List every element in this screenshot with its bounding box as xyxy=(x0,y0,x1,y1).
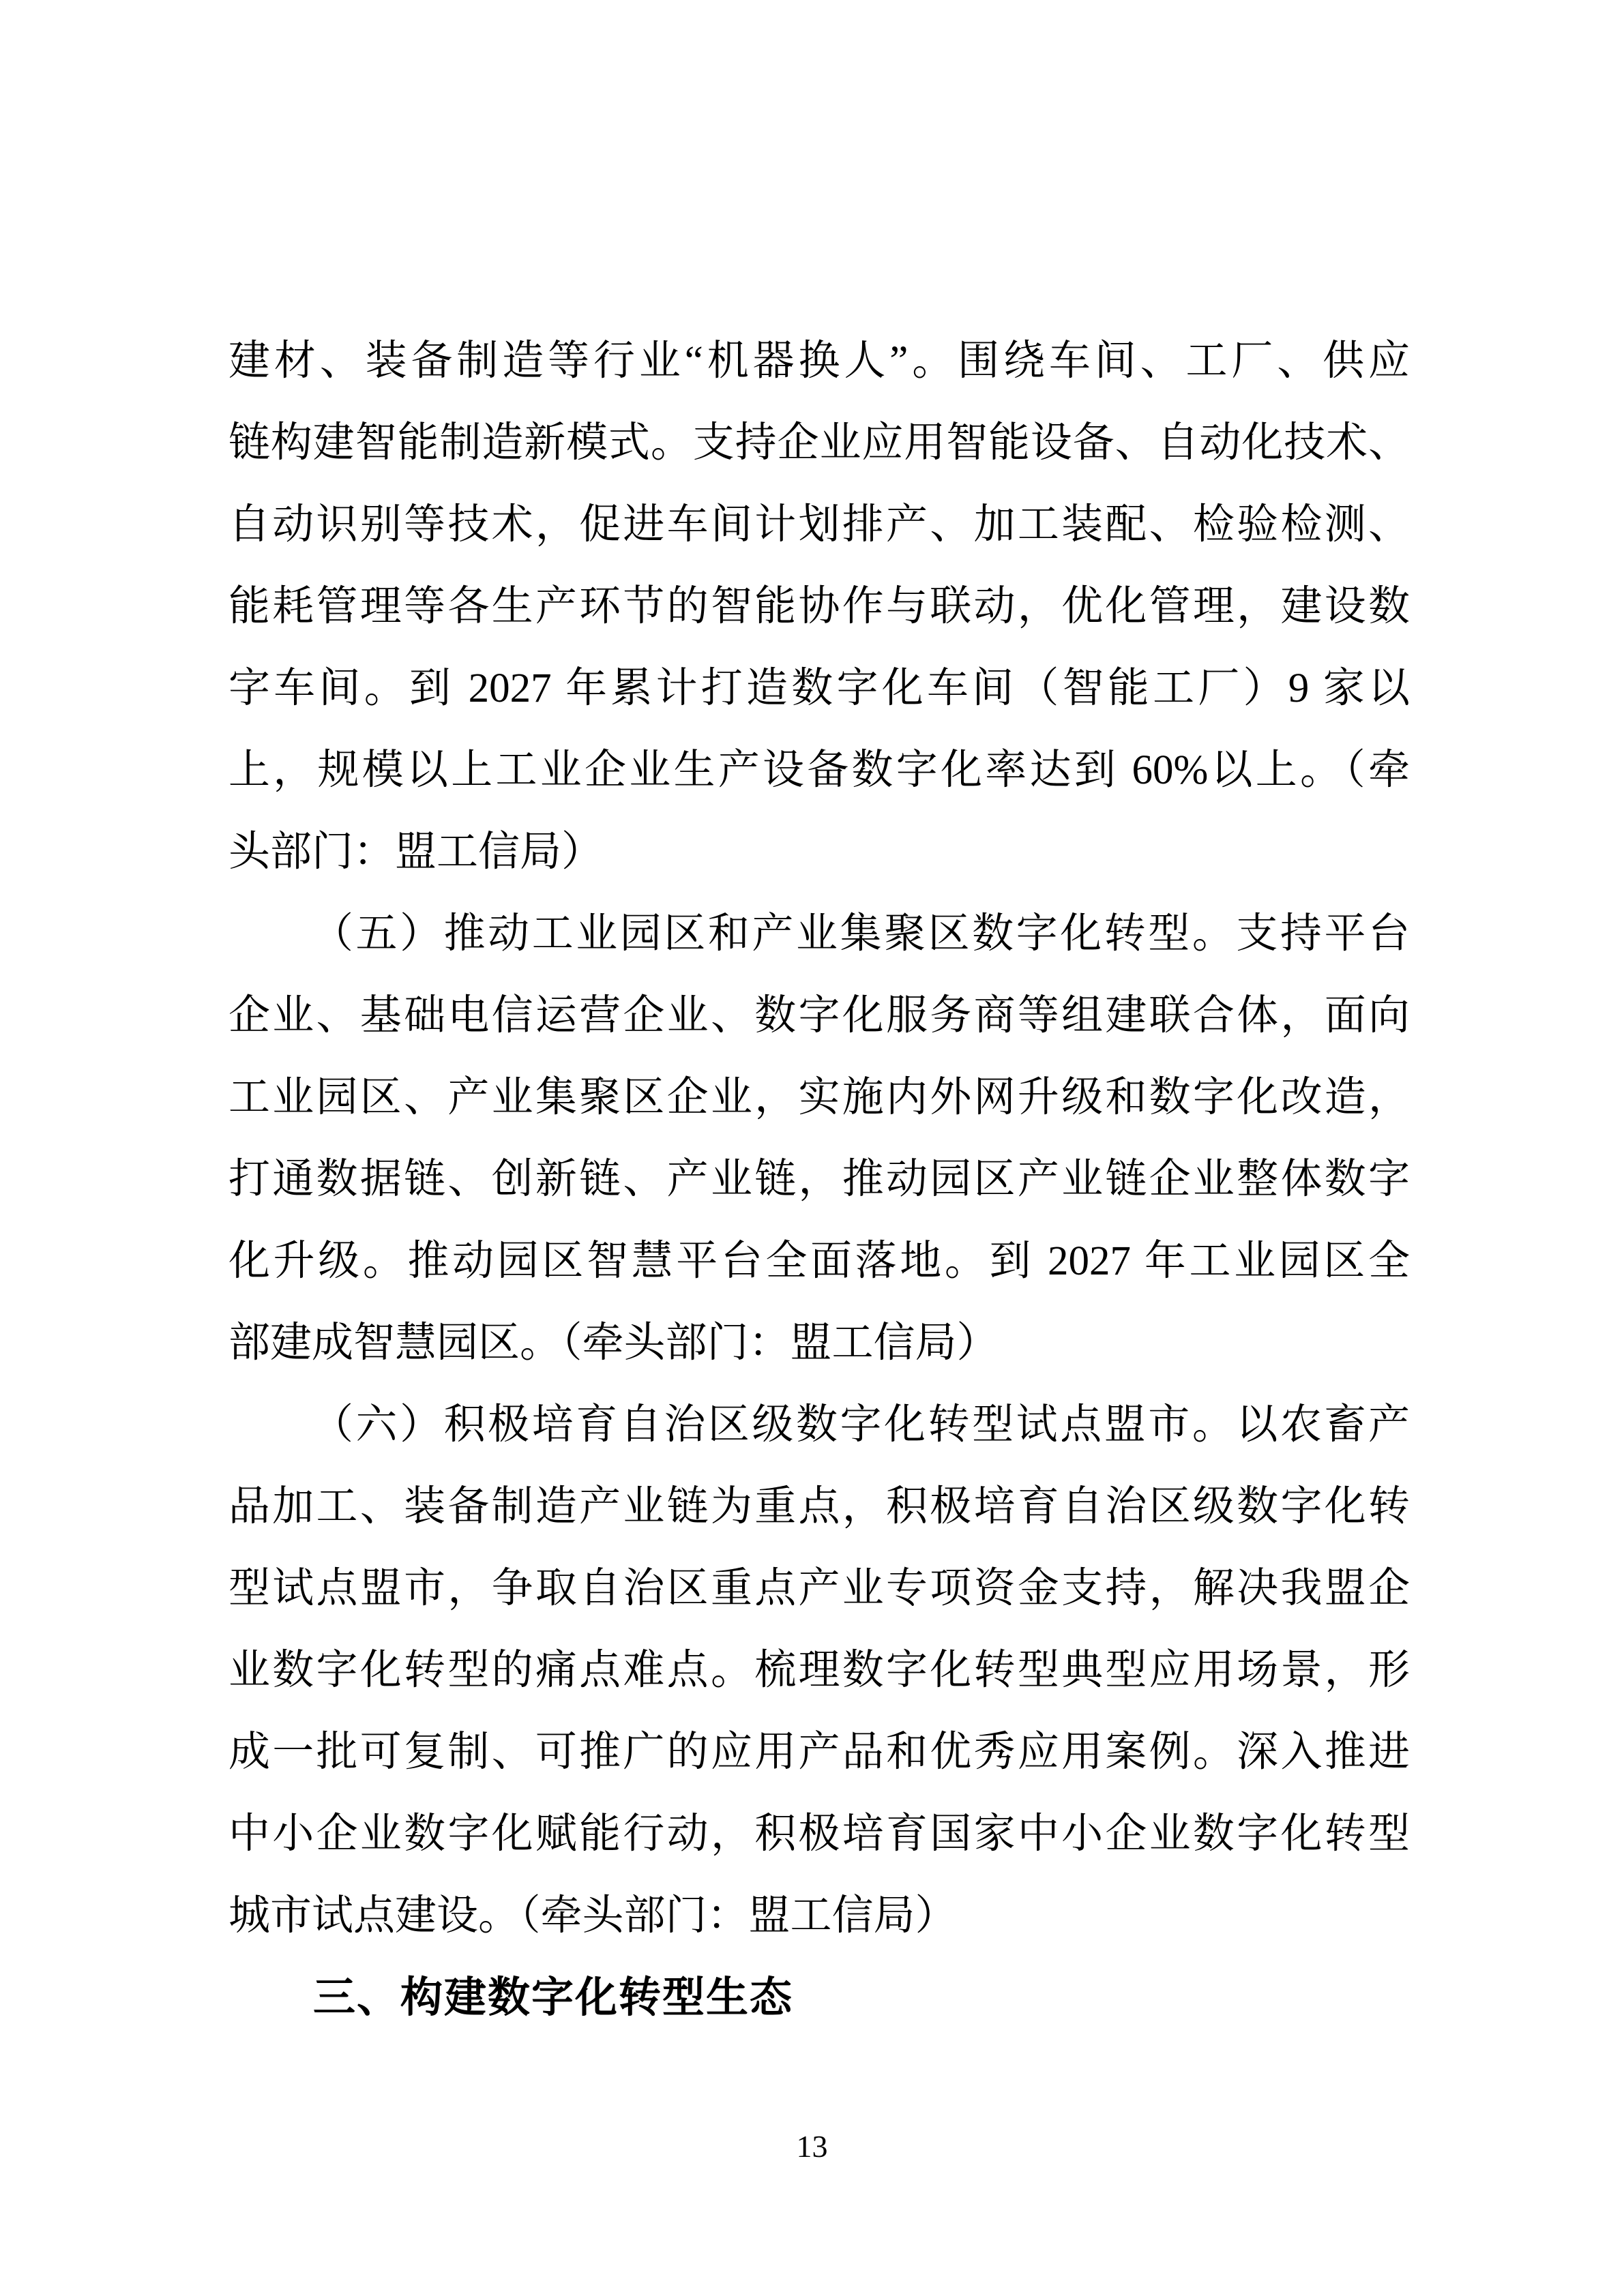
document-page: 建材、装备制造等行业“机器换人”。围绕车间、工厂、供应链构建智能制造新模式。支持… xyxy=(0,0,1624,2296)
text-line: 工业园区、产业集聚区企业，实施内外网升级和数字化改造， xyxy=(228,1057,1410,1139)
section-heading: 三、构建数字化转型生态 xyxy=(228,1957,1410,2039)
body-paragraph: （五）推动工业园区和产业集聚区数字化转型。支持平台企业、基础电信运营企业、数字化… xyxy=(228,893,1410,1384)
text-line: 打通数据链、创新链、产业链，推动园区产业链企业整体数字 xyxy=(228,1139,1410,1221)
text-line: 成一批可复制、可推广的应用产品和优秀应用案例。深入推进 xyxy=(228,1712,1410,1793)
text-line: 型试点盟市，争取自治区重点产业专项资金支持，解决我盟企 xyxy=(228,1548,1410,1630)
body-paragraph: （六）积极培育自治区级数字化转型试点盟市。以农畜产品加工、装备制造产业链为重点，… xyxy=(228,1384,1410,1957)
text-line: 城市试点建设。（牵头部门：盟工信局） xyxy=(228,1875,1410,1957)
text-line: 企业、基础电信运营企业、数字化服务商等组建联合体，面向 xyxy=(228,975,1410,1057)
text-line: 建材、装备制造等行业“机器换人”。围绕车间、工厂、供应 xyxy=(228,320,1410,402)
page-number: 13 xyxy=(0,2129,1624,2164)
text-line: 业数字化转型的痛点难点。梳理数字化转型典型应用场景，形 xyxy=(228,1630,1410,1712)
text-line: 中小企业数字化赋能行动，积极培育国家中小企业数字化转型 xyxy=(228,1793,1410,1875)
body-paragraph: 建材、装备制造等行业“机器换人”。围绕车间、工厂、供应链构建智能制造新模式。支持… xyxy=(228,320,1410,893)
text-block: 建材、装备制造等行业“机器换人”。围绕车间、工厂、供应链构建智能制造新模式。支持… xyxy=(228,320,1410,2039)
text-line: 部建成智慧园区。（牵头部门：盟工信局） xyxy=(228,1302,1410,1384)
text-line: 链构建智能制造新模式。支持企业应用智能设备、自动化技术、 xyxy=(228,402,1410,484)
text-line: 化升级。推动园区智慧平台全面落地。到 2027 年工业园区全 xyxy=(228,1221,1410,1302)
text-line: 头部门：盟工信局） xyxy=(228,811,1410,893)
text-line: 能耗管理等各生产环节的智能协作与联动，优化管理，建设数 xyxy=(228,566,1410,648)
text-line: 上，规模以上工业企业生产设备数字化率达到 60%以上。（牵 xyxy=(228,730,1410,811)
text-line: 字车间。到 2027 年累计打造数字化车间（智能工厂）9 家以 xyxy=(228,648,1410,730)
text-line: （六）积极培育自治区级数字化转型试点盟市。以农畜产 xyxy=(228,1384,1410,1466)
text-line: 品加工、装备制造产业链为重点，积极培育自治区级数字化转 xyxy=(228,1466,1410,1548)
text-line: （五）推动工业园区和产业集聚区数字化转型。支持平台 xyxy=(228,893,1410,975)
paragraphs-container: 建材、装备制造等行业“机器换人”。围绕车间、工厂、供应链构建智能制造新模式。支持… xyxy=(228,320,1410,1957)
text-line: 自动识别等技术，促进车间计划排产、加工装配、检验检测、 xyxy=(228,484,1410,566)
